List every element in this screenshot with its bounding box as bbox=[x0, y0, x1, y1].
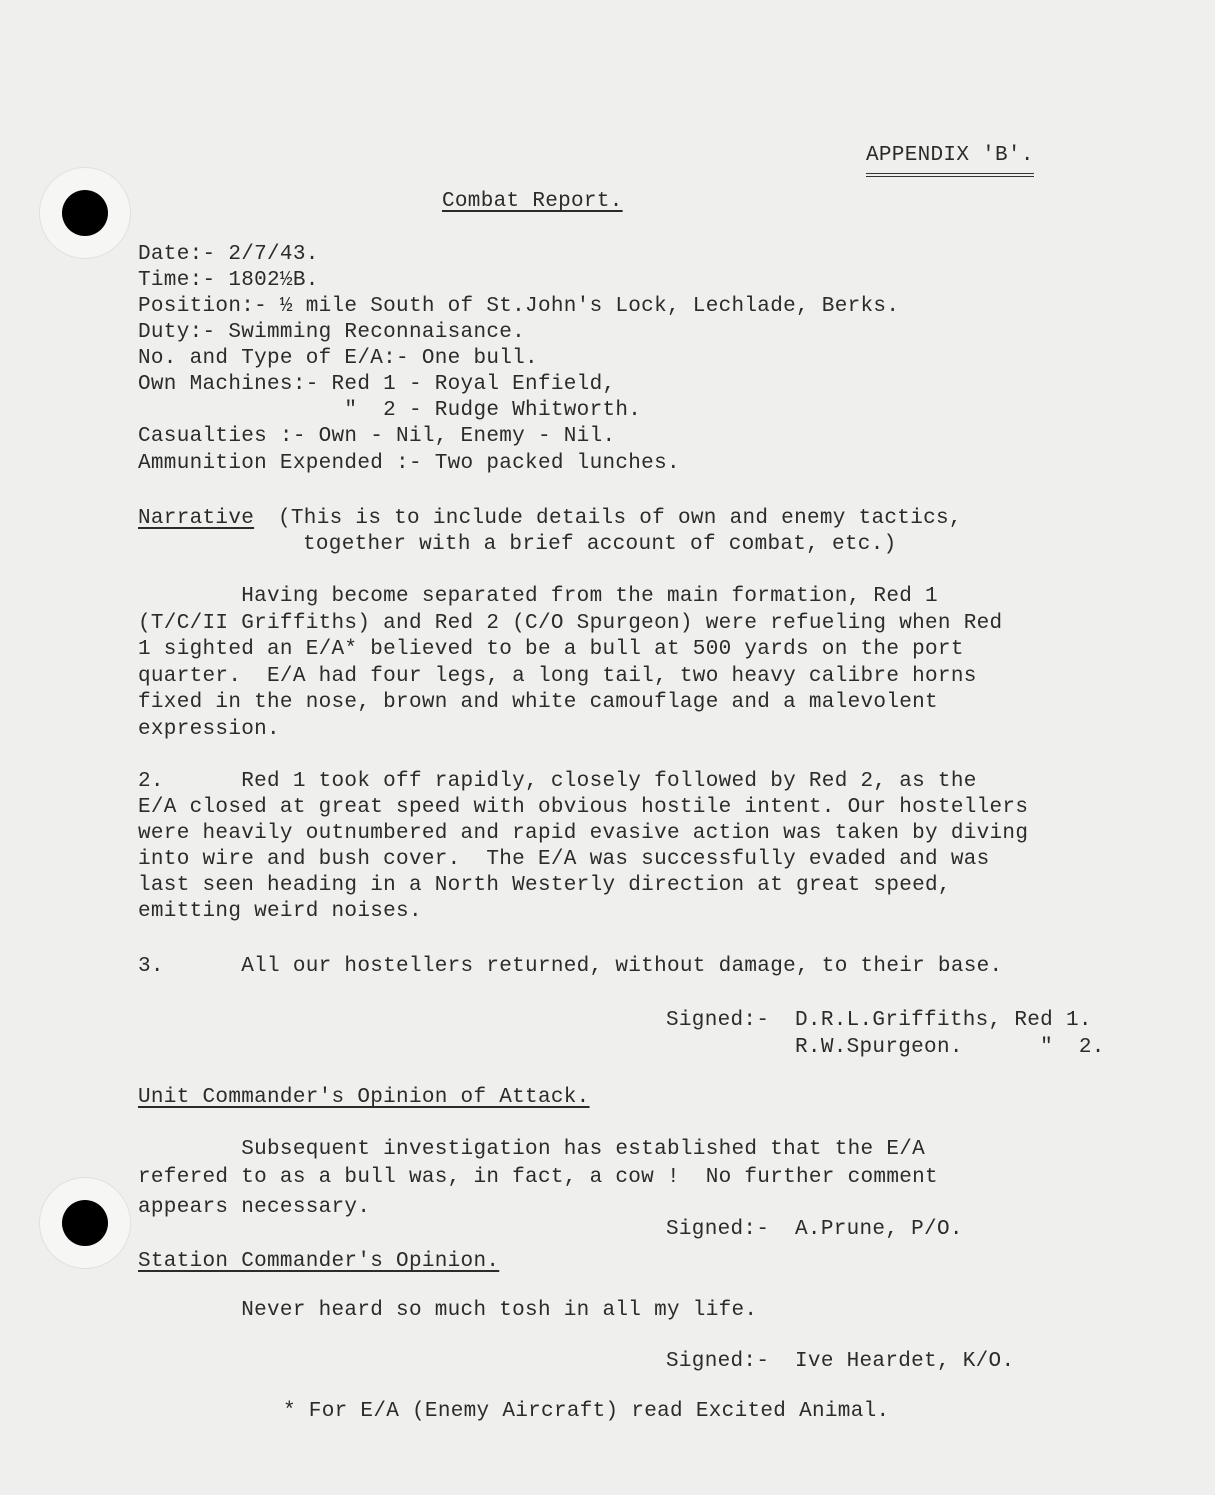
station-commander-text: Never heard so much tosh in all my life. bbox=[138, 1299, 757, 1322]
narrative-line: (T/C/II Griffiths) and Red 2 (C/O Spurge… bbox=[138, 612, 1002, 635]
footnote: * For E/A (Enemy Aircraft) read Excited … bbox=[283, 1400, 889, 1423]
field-time: Time:- 1802½B. bbox=[138, 269, 319, 292]
field-ammunition: Ammunition Expended :- Two packed lunche… bbox=[138, 452, 680, 475]
field-date: Date:- 2/7/43. bbox=[138, 243, 319, 266]
narrative-line: expression. bbox=[138, 718, 280, 741]
narrative-note: (This is to include details of own and e… bbox=[278, 507, 962, 530]
punch-hole bbox=[62, 190, 108, 236]
unit-commander-line: refered to as a bull was, in fact, a cow… bbox=[138, 1166, 938, 1189]
appendix-label: APPENDIX 'B'. bbox=[866, 144, 1034, 177]
narrative-line: fixed in the nose, brown and white camou… bbox=[138, 691, 938, 714]
signature-line: Signed:- D.R.L.Griffiths, Red 1. bbox=[666, 1009, 1092, 1032]
narrative-line: 1 sighted an E/A* believed to be a bull … bbox=[138, 638, 964, 661]
document-page: APPENDIX 'B'. Combat Report. Date:- 2/7/… bbox=[0, 0, 1215, 1495]
field-type: No. and Type of E/A:- One bull. bbox=[138, 347, 538, 370]
narrative-line: emitting weird noises. bbox=[138, 900, 422, 923]
narrative-line: quarter. E/A had four legs, a long tail,… bbox=[138, 665, 977, 688]
narrative-line: were heavily outnumbered and rapid evasi… bbox=[138, 822, 1028, 845]
narrative-line: E/A closed at great speed with obvious h… bbox=[138, 796, 1028, 819]
unit-commander-signature: Signed:- A.Prune, P/O. bbox=[666, 1218, 963, 1241]
field-position: Position:- ½ mile South of St.John's Loc… bbox=[138, 295, 899, 318]
signature-line: R.W.Spurgeon. " 2. bbox=[666, 1036, 1105, 1059]
narrative-line: 3. All our hostellers returned, without … bbox=[138, 955, 1002, 978]
unit-commander-line: Subsequent investigation has established… bbox=[138, 1138, 925, 1161]
field-machines-2: " 2 - Rudge Whitworth. bbox=[138, 399, 641, 422]
unit-commander-heading: Unit Commander's Opinion of Attack. bbox=[138, 1086, 590, 1109]
narrative-line: Having become separated from the main fo… bbox=[138, 585, 938, 608]
narrative-line: into wire and bush cover. The E/A was su… bbox=[138, 848, 990, 871]
field-machines: Own Machines:- Red 1 - Royal Enfield, bbox=[138, 373, 615, 396]
station-commander-signature: Signed:- Ive Heardet, K/O. bbox=[666, 1350, 1014, 1373]
field-casualties: Casualties :- Own - Nil, Enemy - Nil. bbox=[138, 425, 615, 448]
station-commander-heading: Station Commander's Opinion. bbox=[138, 1250, 499, 1273]
narrative-line: last seen heading in a North Westerly di… bbox=[138, 874, 951, 897]
punch-hole bbox=[62, 1200, 108, 1246]
unit-commander-line: appears necessary. bbox=[138, 1196, 370, 1219]
narrative-note: together with a brief account of combat,… bbox=[303, 533, 897, 556]
report-title: Combat Report. bbox=[442, 190, 623, 213]
field-duty: Duty:- Swimming Reconnaisance. bbox=[138, 321, 525, 344]
narrative-heading: Narrative bbox=[138, 507, 254, 530]
narrative-line: 2. Red 1 took off rapidly, closely follo… bbox=[138, 770, 977, 793]
